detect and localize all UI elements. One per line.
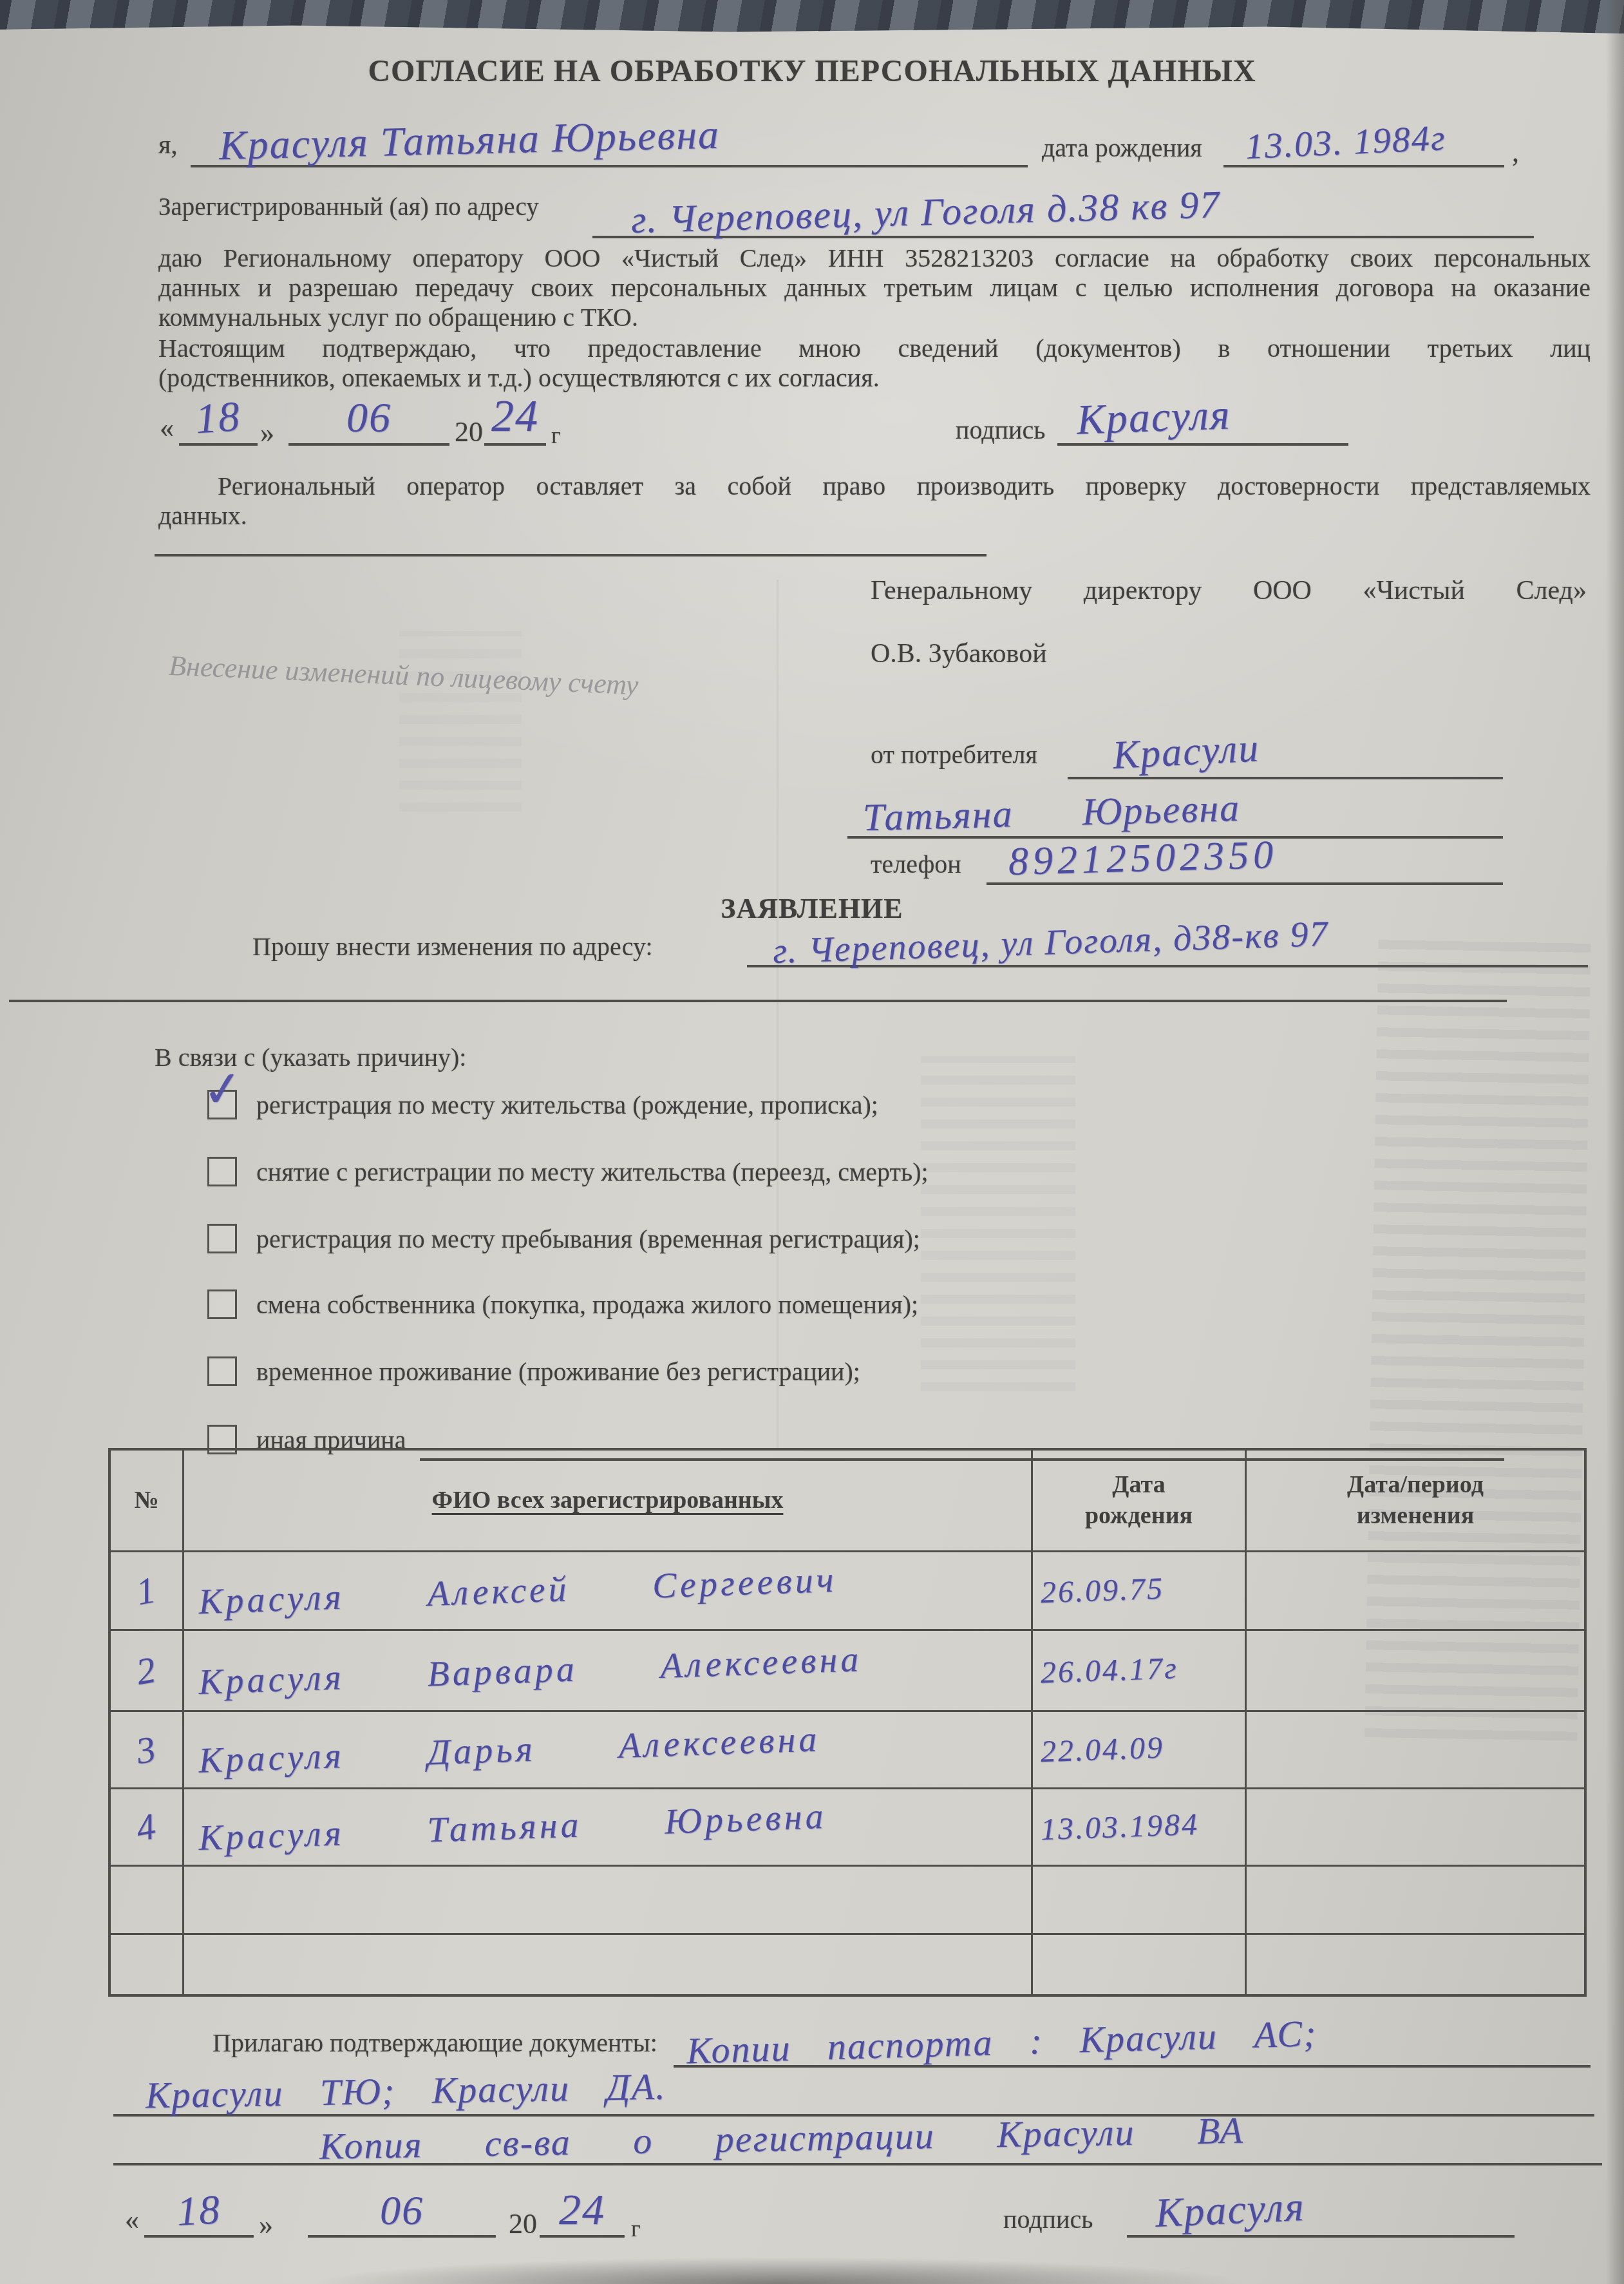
month-field: 06 (288, 366, 449, 446)
open-quote: « (160, 412, 174, 444)
table-row (111, 1867, 184, 1935)
table-cell-dob: 13.03.1984 (1033, 1789, 1247, 1867)
table-cell-fio: Красуля Алексей Сергеевич (184, 1552, 1033, 1631)
col-header-period: Дата/периодизменения (1247, 1451, 1584, 1552)
table-row: 3 (111, 1712, 184, 1789)
day-handwriting: 18 (194, 395, 243, 445)
bottom-year-field: 24 (540, 2153, 625, 2238)
director-line1: Генеральному директору ООО «Чистый След» (871, 576, 1587, 606)
col-header-dob: Датарождения (1033, 1451, 1247, 1552)
change-address-handwriting: г. Череповец, ул Гоголя, д38-кв 97 (746, 916, 1329, 974)
i-label: я, (158, 130, 178, 160)
table-cell-period (1247, 1552, 1584, 1631)
phone-handwriting: 89212502350 (986, 835, 1278, 886)
col-header-num: № (111, 1451, 184, 1552)
bottom-year-handwriting: 24 (559, 2187, 605, 2235)
table-row (111, 1935, 184, 1994)
confirm-line: Настоящим подтверждаю, что предоставлени… (158, 334, 1591, 363)
col-header-fio: ФИО всех зарегистрированных (184, 1451, 1033, 1552)
bottom-day-handwriting: 18 (176, 2189, 222, 2236)
body-line: даю Региональному оператору ООО «Чистый … (158, 243, 1591, 273)
consent-body-paragraph: даю Региональному оператору ООО «Чистый … (158, 243, 1591, 332)
table-cell-dob (1033, 1867, 1247, 1935)
table-cell-fio: Красуля Татьяна Юрьевна (184, 1789, 1033, 1867)
table-cell-period (1247, 1867, 1584, 1935)
attachments-handwriting3: Копия св-ва о регистрации Красули ВА (113, 2112, 1245, 2173)
empty-continuation-line (9, 1000, 1507, 1002)
change-request-label: Прошу внести изменения по адресу: (252, 933, 653, 962)
bottom-month-field: 06 (308, 2158, 496, 2238)
table-cell-fio: Красуля Варвара Алексеевна (184, 1631, 1033, 1712)
checkbox-temporary-residence (207, 1356, 237, 1386)
scanned-consent-form-page: СОГЛАСИЕ НА ОБРАБОТКУ ПЕРСОНАЛЬНЫХ ДАННЫ… (0, 0, 1624, 2284)
reason-label-3: регистрация по месту пребывания (временн… (256, 1225, 920, 1254)
reason-label-1: регистрация по месту жительства (рождени… (256, 1091, 878, 1120)
table-row: 4 (111, 1789, 184, 1867)
change-address-field: г. Череповец, ул Гоголя, д38-кв 97 (747, 888, 1588, 967)
year-handwriting: 24 (491, 394, 539, 443)
table-cell-dob: 22.04.09 (1033, 1712, 1247, 1789)
body-line: данных и разрешаю передачу своих персона… (158, 273, 1591, 303)
checkbox-deregistration (207, 1157, 237, 1186)
bottom-scan-shadow (309, 2257, 1249, 2284)
checkbox-owner-change (207, 1290, 237, 1319)
signature-label: подпись (956, 416, 1045, 445)
bottom-month-handwriting: 06 (380, 2190, 424, 2235)
body-line: коммунальных услуг по обращению с ТКО. (158, 303, 1591, 332)
operator-note-paragraph: Региональный оператор оставляет за собой… (158, 471, 1591, 531)
table-cell-fio: Красуля Дарья Алексеевна (184, 1712, 1033, 1789)
month-handwriting: 06 (346, 397, 392, 443)
table-cell-period (1247, 1935, 1584, 1994)
year-suffix: г (631, 2216, 641, 2241)
year-prefix: 20 (509, 2208, 537, 2240)
document-title: СОГЛАСИЕ НА ОБРАБОТКУ ПЕРСОНАЛЬНЫХ ДАННЫ… (0, 54, 1624, 89)
year-suffix: г (551, 423, 561, 448)
reason-label-2: снятие с регистрации по месту жительства… (256, 1158, 929, 1187)
background-document-edge (0, 0, 1624, 33)
phone-label: телефон (871, 850, 961, 879)
bottom-day-field: 18 (144, 2158, 254, 2238)
reason-label-5: временное проживание (проживание без рег… (256, 1358, 860, 1387)
table-cell-dob (1033, 1935, 1247, 1994)
year-field: 24 (484, 361, 546, 446)
table-cell-period (1247, 1631, 1584, 1712)
table-cell-period (1247, 1789, 1584, 1867)
director-line2: О.В. Зубаковой (871, 639, 1047, 669)
reason-label-4: смена собственника (покупка, продажа жил… (256, 1291, 918, 1320)
bottom-signature-field: Красуля (1127, 2147, 1515, 2238)
table-row: 1 (111, 1552, 184, 1631)
ink-bleedthrough (399, 631, 522, 812)
open-quote: « (125, 2204, 139, 2236)
registered-persons-table: № ФИО всех зарегистрированных Датарожден… (108, 1448, 1587, 1997)
table-row: 2 (111, 1631, 184, 1712)
note-line: данных. (158, 501, 1591, 531)
registered-address-field: г. Череповец, ул Гоголя д.38 кв 97 (592, 153, 1534, 238)
table-cell-dob: 26.04.17г (1033, 1631, 1247, 1712)
bottom-signature-handwriting: Красуля (1126, 2186, 1307, 2239)
close-quote: » (259, 2209, 273, 2241)
table-cell-fio (184, 1867, 1033, 1935)
note-line: Региональный оператор оставляет за собой… (158, 471, 1591, 501)
checkbox-temporary-registration (207, 1224, 237, 1253)
close-quote: » (260, 417, 274, 449)
ink-bleedthrough (921, 1056, 1075, 1391)
bottom-signature-label: подпись (1003, 2205, 1093, 2234)
signature-field: Красуля (1057, 357, 1348, 446)
horizontal-rule (155, 554, 987, 557)
page-right-shadow (1606, 0, 1624, 2284)
phone-field: 89212502350 (987, 805, 1503, 885)
table-cell-fio (184, 1935, 1033, 1994)
registered-address-handwriting: г. Череповец, ул Гоголя д.38 кв 97 (592, 185, 1221, 244)
day-field: 18 (179, 366, 258, 446)
table-cell-dob: 26.09.75 (1033, 1552, 1247, 1631)
signature-handwriting: Красуля (1057, 394, 1232, 446)
checkmark-icon: ✓ (200, 1058, 247, 1119)
year-prefix: 20 (455, 416, 483, 448)
table-cell-period (1247, 1712, 1584, 1789)
registered-address-label: Зарегистрированный (ая) по адресу (158, 193, 539, 222)
